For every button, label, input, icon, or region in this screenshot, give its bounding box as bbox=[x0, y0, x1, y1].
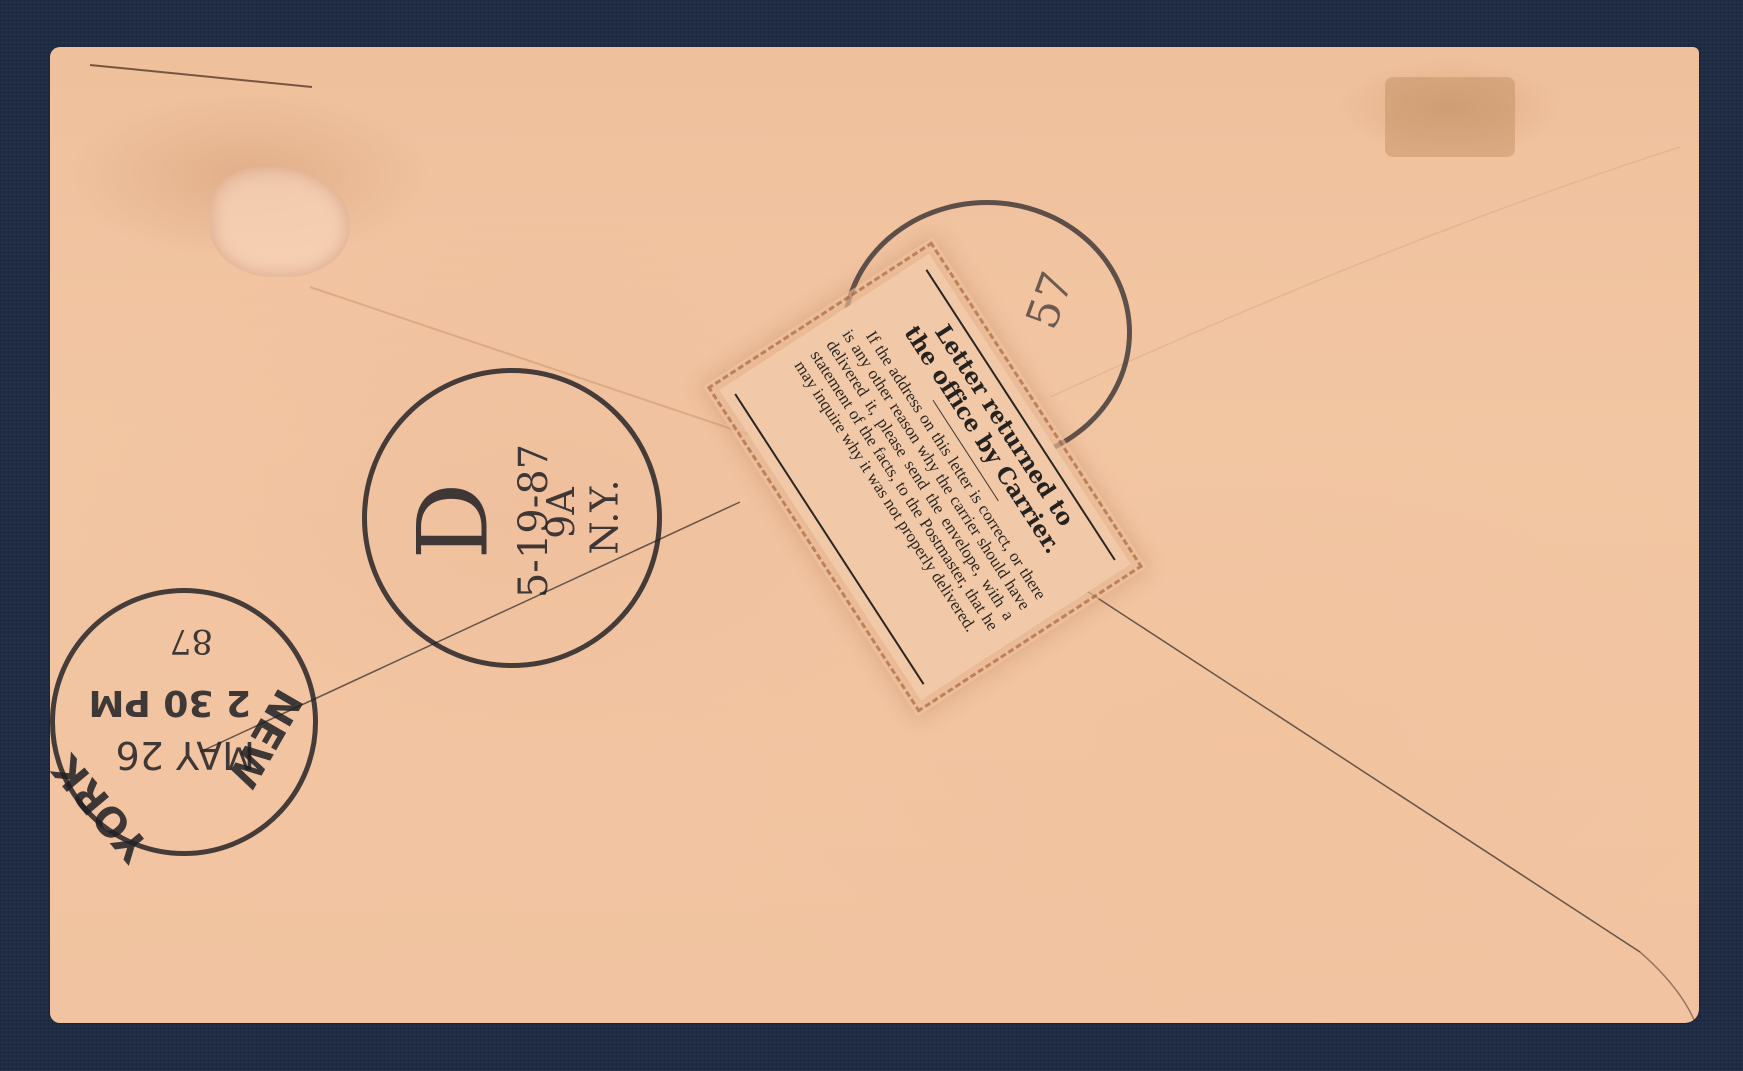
pm-d-time: 9A bbox=[539, 487, 583, 539]
pm-d-letter: D bbox=[397, 483, 509, 560]
postmark-receiving-d: D 5-19-87 9A N.Y. bbox=[362, 368, 662, 668]
pm-ny-year: 87 bbox=[170, 621, 213, 661]
pm-upper-number: 57 bbox=[1016, 265, 1083, 335]
pm-ny-time: 2 30 PM bbox=[89, 682, 251, 723]
pm-d-place: N.Y. bbox=[583, 479, 627, 554]
postmark-new-york: 87 2 30 PM MAY 26 NEW YORK bbox=[50, 588, 318, 856]
